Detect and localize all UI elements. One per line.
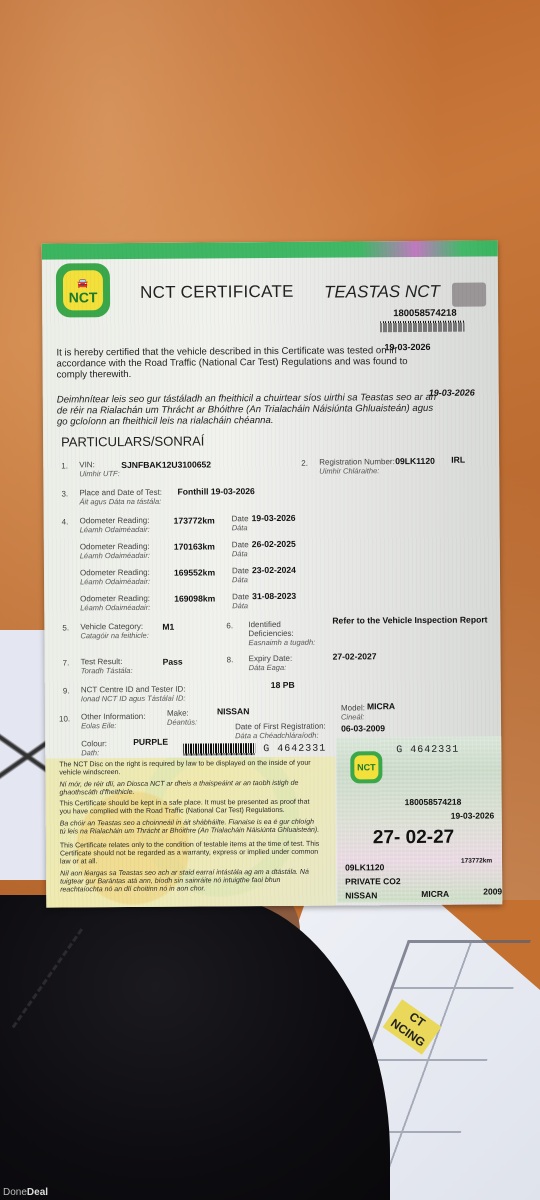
note-3: This Certificate should be kept in a saf… (60, 799, 320, 817)
expiry-value: 27-02-2027 (333, 651, 377, 661)
disc-number: G 4642331 (263, 744, 326, 755)
statement-irish-date: 19-03-2026 (429, 388, 475, 398)
deficiencies-label: IdentifiedDeficiencies:Easnaimh a tugadh… (248, 620, 315, 647)
result-label: Test Result:Toradh Tástála: (81, 657, 133, 675)
nct-logo: 🚘NCT (56, 263, 110, 317)
odometer-date-label: DateDáta (232, 540, 249, 558)
statement-irish: Deimhnítear leis seo gur tástáladh an fh… (57, 392, 442, 428)
disc-g-number: G 4642331 (396, 745, 459, 756)
registration-label: Registration Number:Uimhir Chláraithe: (319, 457, 395, 476)
odometer-label: Odometer Reading:Léamh Odaiméadair: (80, 542, 150, 560)
field-number: 4. (62, 517, 69, 526)
particulars-heading: PARTICULARS/SONRAÍ (61, 433, 204, 449)
statement-date: 19-03-2026 (384, 342, 430, 352)
disc-year: 2009 (483, 886, 502, 896)
first-registration-label: Date of First Registration:Dáta a Chéadc… (235, 722, 326, 741)
odometer-date-label: DateDáta (232, 566, 249, 584)
registration-value: 09LK1120 (395, 456, 435, 466)
disc-expiry: 27- 02-27 (373, 827, 454, 850)
note-1: The NCT Disc on the right is required by… (59, 760, 319, 778)
odometer-date: 23-02-2024 (252, 565, 296, 575)
nct-disc-logo: NCT (350, 751, 382, 783)
disc-test-date: 19-03-2026 (451, 810, 495, 820)
odometer-reading: 173772km (174, 515, 215, 525)
odometer-reading: 170163km (174, 541, 215, 551)
odometer-date-label: DateDáta (232, 514, 249, 532)
odometer-label: Odometer Reading:Léamh Odaiméadair: (80, 516, 150, 534)
note-6: Níl aon léargas sa Teastas seo ach ar st… (60, 869, 320, 895)
deficiencies-value: Refer to the Vehicle Inspection Report (332, 614, 487, 625)
note-5: This Certificate relates only to the con… (60, 841, 320, 867)
note-2: Ní mór, de réir dlí, an Diosca NCT ar dh… (59, 780, 319, 798)
odometer-reading: 169098km (174, 593, 215, 603)
green-band (42, 240, 498, 259)
field-number: 5. (62, 623, 69, 632)
field-number: 3. (61, 489, 68, 498)
note-4: Ba chóir an Teastas seo a choinneáil in … (60, 819, 320, 837)
make-label: Make:Déantús: (167, 709, 197, 727)
nct-disc: NCT G 4642331 180058574218 19-03-2026 27… (336, 736, 502, 902)
disc-serial: 180058574218 (405, 797, 462, 807)
place-date-label: Place and Date of Test:Áit agus Dáta na … (79, 488, 162, 507)
odometer-date-label: DateDáta (232, 592, 249, 610)
vin-value: SJNFBAK12U3100652 (121, 459, 211, 470)
result-value: Pass (163, 657, 183, 667)
disc-make: NISSAN (345, 890, 377, 900)
colour-label: Colour:Dath: (81, 739, 107, 757)
field-number: 10. (59, 714, 70, 723)
category-label: Vehicle Category:Catagóir na feithicle: (80, 622, 148, 640)
barcode (183, 743, 255, 756)
field-number: 2. (301, 459, 308, 468)
car-icon: 🚘 (77, 276, 88, 290)
odometer-date: 31-08-2023 (252, 591, 296, 601)
odometer-date: 26-02-2025 (252, 539, 296, 549)
title-irish: TEASTAS NCT (324, 282, 440, 303)
statement-english: It is hereby certified that the vehicle … (56, 345, 436, 381)
centre-label: NCT Centre ID and Tester ID:Ionad NCT ID… (81, 685, 186, 704)
make-value: NISSAN (217, 706, 250, 716)
hologram-seal (452, 282, 486, 306)
centre-value: 18 PB (271, 680, 295, 690)
title-english: NCT CERTIFICATE (140, 282, 294, 303)
field-number: 8. (227, 655, 234, 664)
disc-registration: 09LK1120 (345, 862, 384, 872)
disc-type: PRIVATE CO2 (345, 876, 400, 886)
country-code: IRL (451, 455, 465, 465)
place-date-value: Fonthill 19-03-2026 (177, 486, 254, 497)
category-value: M1 (162, 622, 174, 632)
disc-model: MICRA (421, 889, 449, 899)
odometer-date: 19-03-2026 (252, 513, 296, 523)
first-registration-value: 06-03-2009 (341, 723, 385, 733)
other-info-label: Other Information:Eolas Eile: (81, 712, 146, 730)
field-number: 7. (63, 658, 70, 667)
field-number: 6. (226, 621, 233, 630)
model-value: MICRA (367, 701, 395, 711)
serial-number: 180058574218 (393, 308, 456, 319)
watermark: DoneDeal (3, 1187, 48, 1198)
odometer-label: Odometer Reading:Léamh Odaiméadair: (80, 568, 150, 586)
expiry-label: Expiry Date:Dáta Eaga: (249, 654, 293, 672)
odometer-label: Odometer Reading:Léamh Odaiméadair: (80, 594, 150, 612)
field-number: 9. (63, 686, 70, 695)
nct-certificate: 🚘NCT NCT CERTIFICATE TEASTAS NCT 1800585… (42, 240, 503, 907)
colour-value: PURPLE (133, 737, 168, 747)
odometer-reading: 169552km (174, 567, 215, 577)
vin-label: VIN:Uimhir UTF: (79, 460, 120, 478)
field-number: 1. (61, 461, 68, 470)
barcode (380, 321, 464, 333)
disc-odometer: 173772km (461, 857, 492, 864)
model-label: Model:Cineál: (341, 703, 365, 721)
